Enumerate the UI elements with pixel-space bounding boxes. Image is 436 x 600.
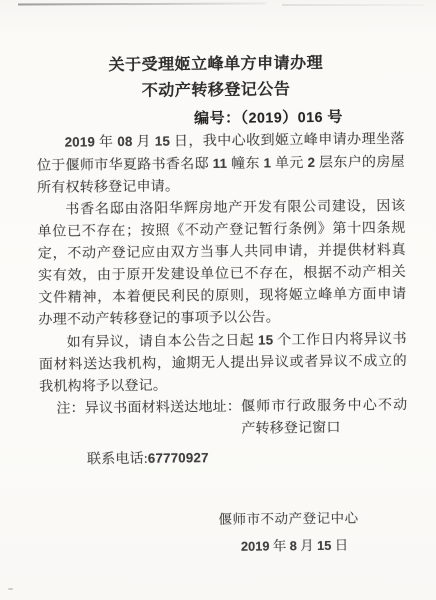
notice-body: 2019 年 08 月 15 日，我中心收到姬立峰申请办理坐落位于偃师市华夏路书… xyxy=(37,128,409,472)
issuer-name: 偃师市不动产登记中心 xyxy=(219,507,436,531)
issue-date: 2019 年 8 月 15 日 xyxy=(241,534,436,558)
notice-paragraph-1: 2019 年 08 月 15 日，我中心收到姬立峰申请办理坐落位于偃师市华夏路书… xyxy=(37,128,406,200)
note-label: 注：异议书面材料送达地址： xyxy=(56,397,241,443)
notice-paragraph-2: 书香名邸由洛阳华辉房地产开发有限公司建设，因该单位已不存在；按照《不动产登记暂行… xyxy=(37,196,406,332)
scanned-notice-page: { "notice": { "title_line1": "关于受理姬立峰单方申… xyxy=(0,0,436,600)
notice-title: 关于受理姬立峰单方申请办理 不动产转移登记公告 xyxy=(0,50,434,107)
note-address: 偃师市行政服务中心不动产转移登记窗口 xyxy=(241,395,408,441)
notice-title-line2: 不动产转移登记公告 xyxy=(0,76,434,107)
notice-document: 关于受理姬立峰单方申请办理 不动产转移登记公告 编号：（2019）016 号 2… xyxy=(0,0,436,600)
note-block: 注：异议书面材料送达地址： 偃师市行政服务中心不动产转移登记窗口 xyxy=(56,395,407,443)
notice-paragraph-3: 如有异议，请自本公告之日起 15 个工作日内将异议书面材料送达我机构，逾期无人提… xyxy=(39,328,408,399)
contact-phone: 联系电话:67770927 xyxy=(87,445,408,471)
